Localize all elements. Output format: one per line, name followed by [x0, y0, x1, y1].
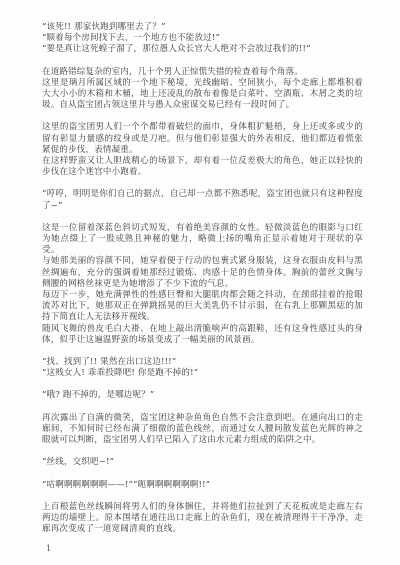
narration-paragraph: 上百根蓝色丝线瞬间将男人们的身体捆住，并将他们拉扯到了天花板或是走廊左右两边的墙… — [42, 502, 363, 536]
narration-paragraph: 随风飞舞的兽皮毛白大褂、在地上敲出清脆响声的高跟鞋，还有这身性感过头的身体，似乎… — [42, 324, 363, 346]
narration-paragraph: 每迈下一步，她充满弹性的性感巨臀和大腿肌肉都会随之抖动，在颈部挂着的抢眼流苏对比… — [42, 290, 363, 324]
dialogue-line: “哦? 跑不掉的，是哪边呢？” — [42, 390, 363, 401]
narration-paragraph: 与她那美丽的容颜不同，她穿着便于行动的包裹式紧身服装，这身衣服由皮料与黑丝绸遍布… — [42, 256, 363, 290]
dialogue-line: “找、找到了!! 果然在出口这边!!!” — [42, 357, 363, 368]
dialogue-line: “丝线，交织吧~!” — [42, 457, 363, 468]
narration-paragraph: 再次露出了自满的微笑，盗宝团这种杂鱼角色自然不会注意到吧。在通向出口的走廊间，不… — [42, 413, 363, 447]
page-body: “该死!! 那家伙跑到哪里去了？”“顺着每个房间找下去，一个地方也不能放过!”“… — [42, 22, 363, 535]
narration-paragraph: 这里的盗宝团男人们一个个都带着破烂的面巾，身体粗犷魁梧，身上还或多或少的留有彰显… — [42, 122, 363, 156]
dialogue-line: “顺着每个房间找下去，一个地方也不能放过!” — [42, 33, 363, 44]
dialogue-line: “哼哼，明明是你们自己的据点，自己却一点都不熟悉呢，盗宝团也就只有这种程度了~” — [42, 189, 363, 211]
narration-paragraph: 在这样野蛮又让人胆战精心的场景下，却有着一位反差极大的角色，她正以轻快的步伐在这… — [42, 156, 363, 178]
narration-paragraph: 在道路错综复杂的室内，几十个男人正惊慌失措的检查着每个角落。 — [42, 67, 363, 78]
dialogue-line: “咕啊啊啊啊啊啊——!”“呃啊啊啊啊啊啊!!” — [42, 480, 363, 491]
narration-paragraph: 这里是璃月所属区域的一个地下秘境，光线幽暗、空间狭小，每个走廊上都堆积着大大小小… — [42, 78, 363, 112]
page-number: 1 — [46, 544, 51, 553]
dialogue-line: “这贱女人! 乖乖投降吧! 你是跑不掉的!” — [42, 368, 363, 379]
narration-paragraph: 这是一位留着深蓝色斜切式短发，有着绝美容颜的女性。轻微淡蓝色的眼影与口红为她点缀… — [42, 223, 363, 257]
document-page: “该死!! 那家伙跑到哪里去了？”“顺着每个房间找下去，一个地方也不能放过!”“… — [0, 0, 400, 565]
dialogue-line: “该死!! 那家伙跑到哪里去了？” — [42, 22, 363, 33]
dialogue-line: “要是真让这死蝗子溜了，那位愚人众长官大人绝对不会放过我们的!!” — [42, 44, 363, 55]
